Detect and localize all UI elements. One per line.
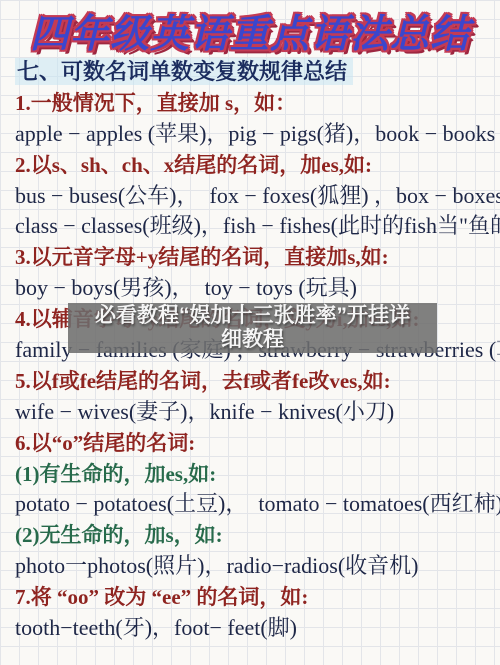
ad-overlay-text-line1: 必看教程“娱加十三张胜率”开挂详 (95, 304, 410, 328)
rule-1: 1.一般情况下，直接加 s，如： (15, 88, 492, 119)
examples-2a: bus − buses(公车)， fox − foxes(狐狸) ，box − … (15, 181, 492, 212)
examples-2b: class − classes(班级)，fish − fishes(此时的fis… (15, 211, 492, 242)
rule-6: 6.以“o”结尾的名词: (15, 428, 492, 459)
section-heading: 七、可数名词单数变复数规律总结 (15, 57, 492, 88)
worksheet-page: 四年级英语重点语法总结 七、可数名词单数变复数规律总结 1.一般情况下，直接加 … (0, 0, 500, 665)
rule-2: 2.以s、sh、ch、x结尾的名词，加es,如: (15, 150, 492, 181)
examples-1: apple − apples (苹果)，pig − pigs(猪)，book −… (15, 119, 492, 150)
examples-6-2: photo一photos(照片)，radio−radios(收音机) (15, 551, 492, 582)
ad-watermark-overlay: 必看教程“娱加十三张胜率”开挂详 细教程 (68, 303, 437, 353)
rule-3: 3.以元音字母+y结尾的名词，直接加s,如: (15, 242, 492, 273)
examples-7: tooth−teeth(牙)，foot− feet(脚) (15, 613, 492, 644)
examples-5: wife − wives(妻子)，knife − knives(小刀) (15, 397, 492, 428)
rule-7: 7.将 “oo” 改为 “ee” 的名词，如: (15, 582, 492, 613)
rule-6-sub-1: (1)有生命的，加es,如: (15, 459, 492, 490)
examples-3: boy − boys(男孩)， toy − toys (玩具) (15, 273, 492, 304)
section-heading-text: 七、可数名词单数变复数规律总结 (15, 58, 353, 85)
examples-6-1: potato − potatoes(土豆)， tomato − tomatoes… (15, 489, 492, 520)
rule-5: 5.以f或fe结尾的名词，去f或者fe改ves,如: (15, 366, 492, 397)
page-title: 四年级英语重点语法总结 (0, 3, 500, 59)
rule-6-sub-2: (2)无生命的，加s，如: (15, 520, 492, 551)
ad-overlay-text-line2: 细教程 (221, 328, 284, 352)
